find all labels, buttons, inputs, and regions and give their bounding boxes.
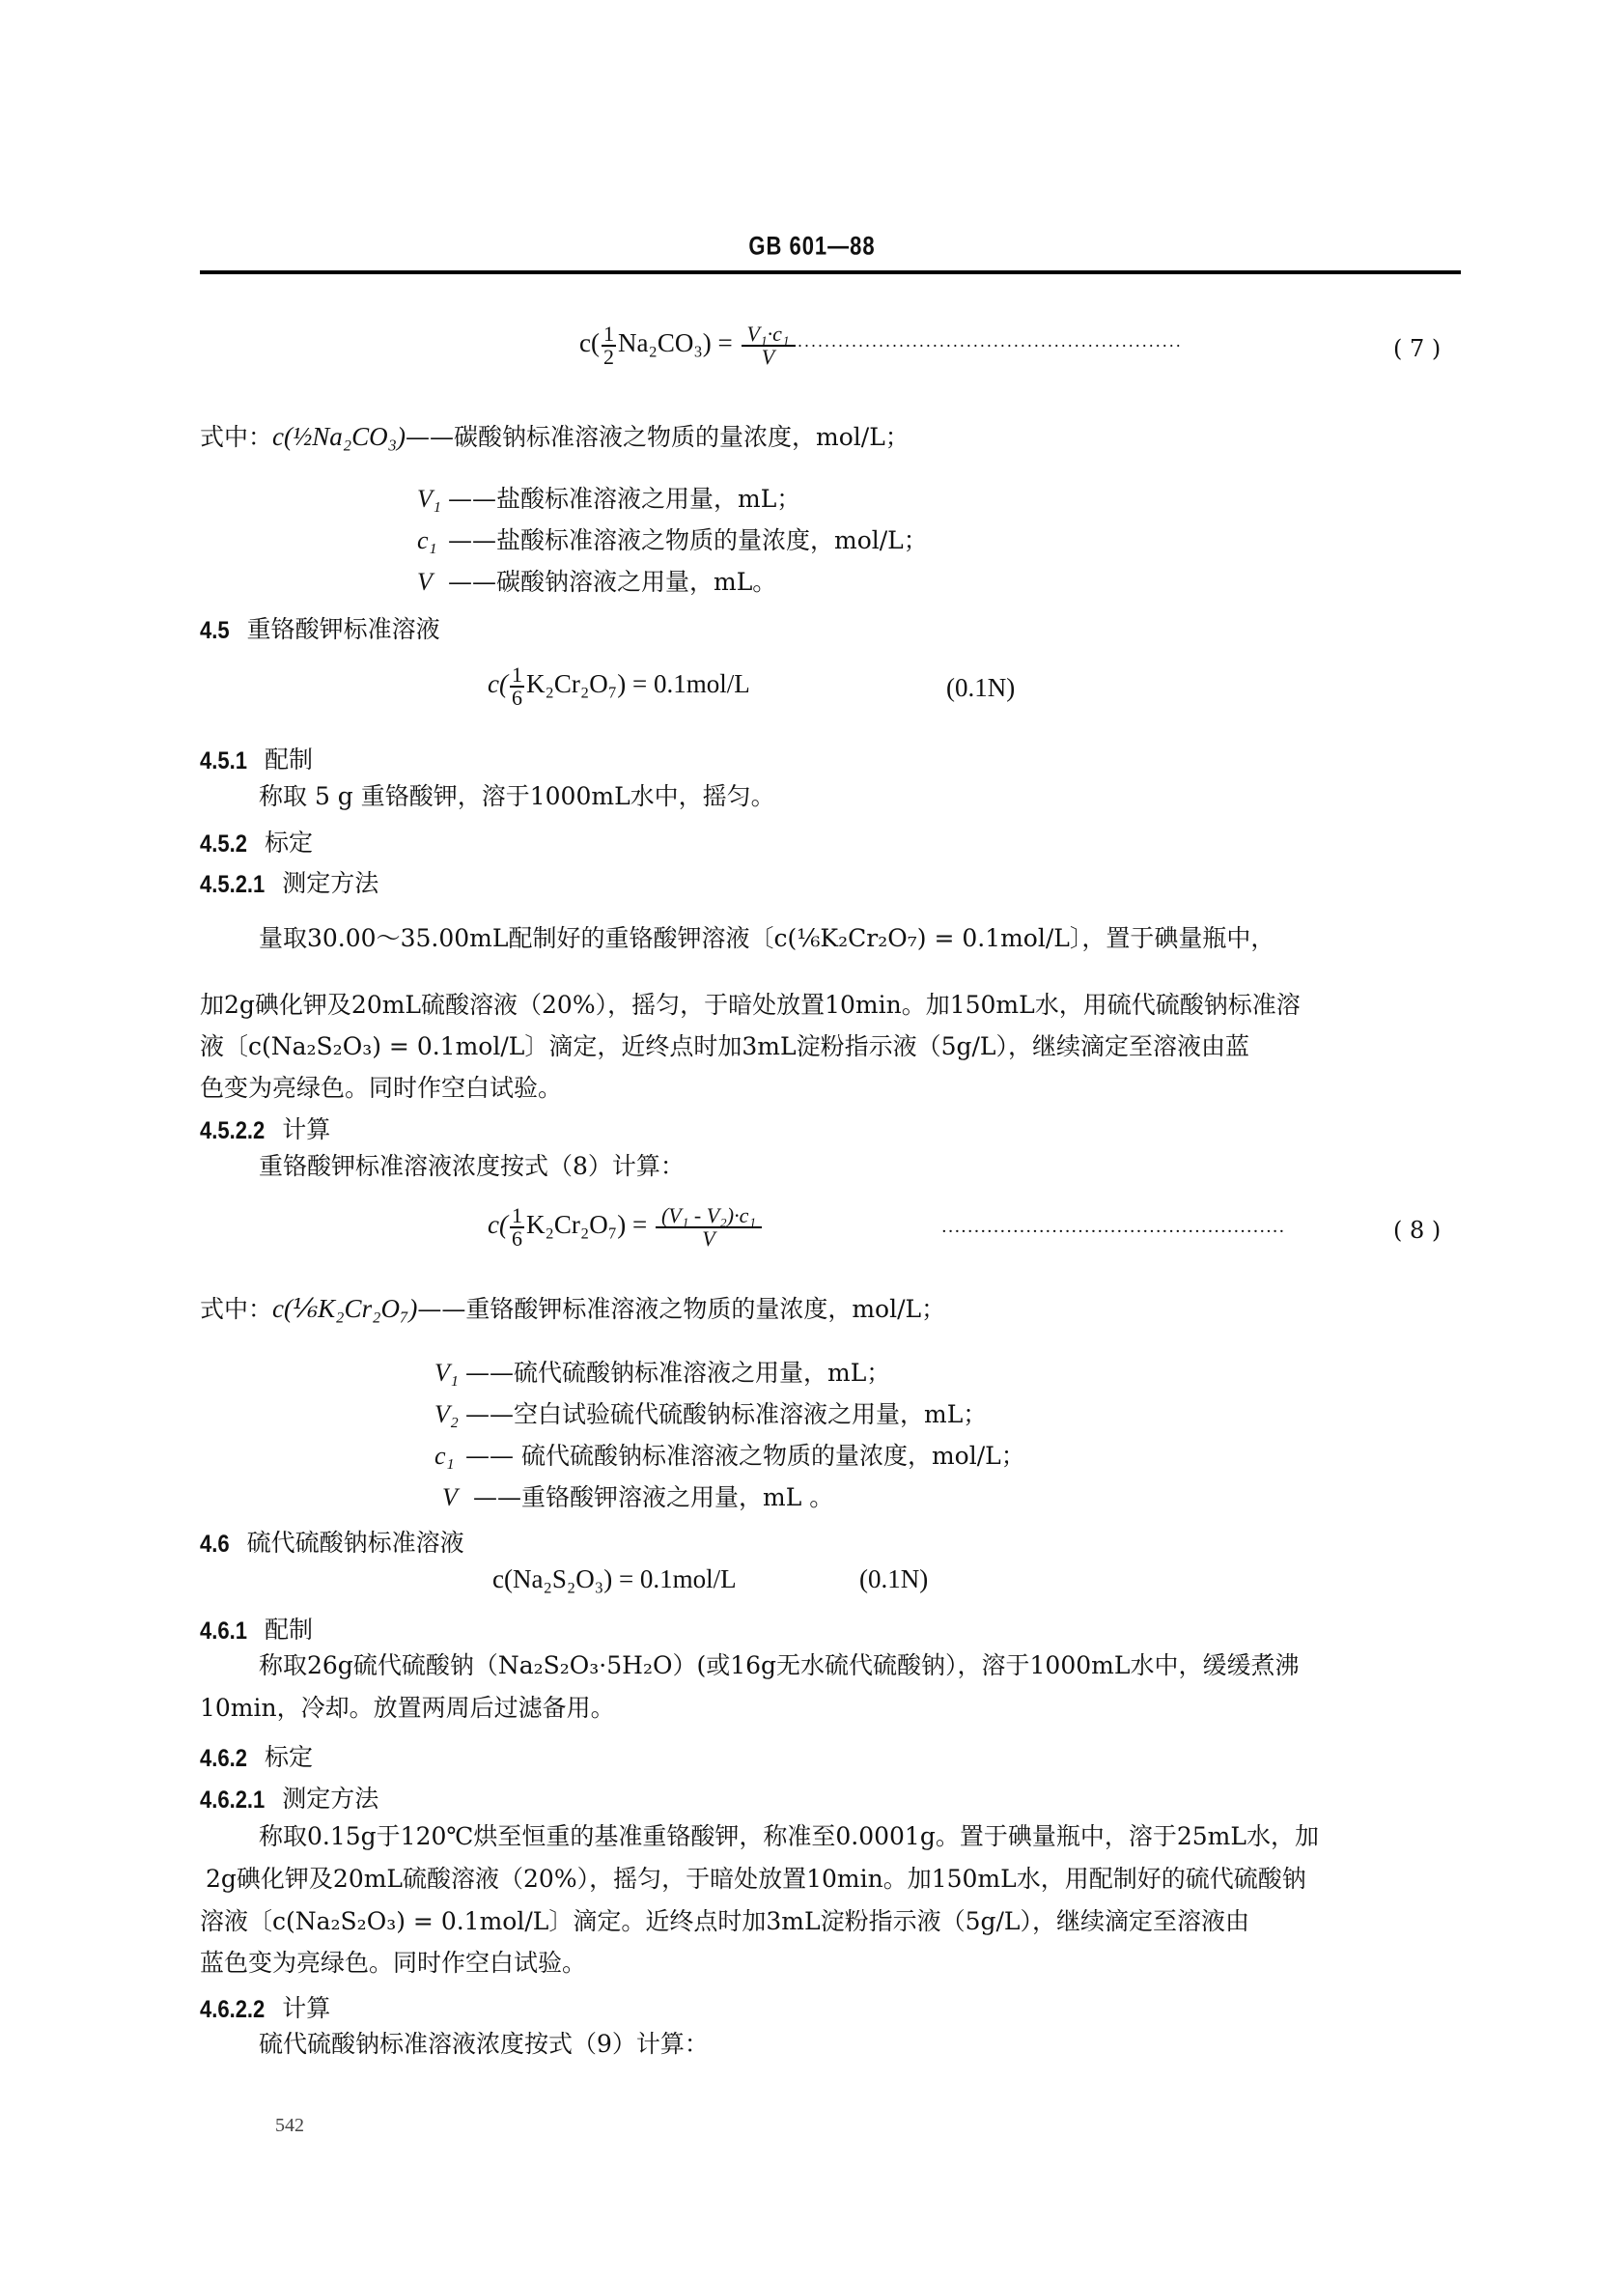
section-4-5-2-1-line-1: 量取30.00～35.00mL配制好的重铬酸钾溶液〔c(⅙K₂Cr₂O₇) = …	[259, 924, 1274, 953]
section-4-5-1-text: 称取 5 g 重铬酸钾，溶于1000mL水中，摇匀。	[259, 782, 775, 811]
section-4-5-formula: c(16K₂Cr₂O₇) = 0.1mol/L	[488, 664, 750, 709]
equation-8: c(16K₂Cr₂O₇) = (V₁ - V₂)·c₁V	[488, 1205, 764, 1250]
eq8-sixth-fraction: 16	[510, 1205, 524, 1250]
section-4-6-heading: 4.6硫代硫酸钠标准溶液	[200, 1524, 464, 1559]
section-4-5-2-2-intro: 重铬酸钾标准溶液浓度按式（8）计算：	[259, 1152, 685, 1181]
sixth-fraction: 16	[510, 664, 524, 709]
eq7-def-c1: c₁——盐酸标准溶液之物质的量浓度，mol/L；	[417, 526, 928, 555]
eq7-species: Na₂CO₃) =	[618, 328, 733, 357]
section-4-6-2-1-line-1: 称取0.15g于120℃烘至恒重的基准重铬酸钾，称准至0.0001g。置于碘量瓶…	[259, 1822, 1319, 1851]
section-4-5-2-1-line-2: 加2g碘化钾及20mL硫酸溶液（20%），摇匀，于暗处放置10min。加150m…	[200, 991, 1301, 1020]
section-4-5-2-1-line-3: 液〔c(Na₂S₂O₃) = 0.1mol/L〕滴定，近终点时加3mL淀粉指示液…	[200, 1032, 1249, 1061]
eq7-where-line: 式中：c(½Na₂CO₃)——碳酸钠标准溶液之物质的量浓度，mol/L；	[200, 422, 910, 452]
section-4-6-2-1-line-3: 溶液〔c(Na₂S₂O₃) = 0.1mol/L〕滴定。近终点时加3mL淀粉指示…	[200, 1907, 1249, 1936]
eq8-def-c1: c₁—— 硫代硫酸钠标准溶液之物质的量浓度，mol/L；	[434, 1442, 1025, 1471]
section-4-6-2-1-line-2: 2g碘化钾及20mL硫酸溶液（20%），摇匀，于暗处放置10min。加150mL…	[206, 1865, 1306, 1894]
eq7-where-lhs: c(½Na₂CO₃)	[272, 422, 406, 451]
eq8-def-v1: V₁——硫代硫酸钠标准溶液之用量，mL；	[434, 1359, 890, 1388]
section-4-5-2-2-heading: 4.5.2.2计算	[200, 1111, 330, 1145]
section-4-6-1-line-2: 10min，冷却。放置两周后过滤备用。	[200, 1694, 615, 1723]
section-4-6-normality: (0.1N)	[859, 1564, 928, 1594]
section-4-6-1-line-1: 称取26g硫代硫酸钠（Na₂S₂O₃·5H₂O）(或16g无水硫代硫酸钠），溶于…	[259, 1651, 1299, 1680]
eq7-def-v: V——碳酸钠溶液之用量，mL。	[417, 568, 776, 597]
section-4-6-2-2-heading: 4.6.2.2计算	[200, 1989, 330, 2024]
eq7-leader-dots: ········································…	[798, 336, 1183, 355]
eq7-def-v1: V₁——盐酸标准溶液之用量，mL；	[417, 485, 800, 514]
eq7-lhs-c: c(	[579, 328, 600, 357]
eq8-leader-dots: ········································…	[941, 1222, 1285, 1242]
equation-7-number: ( 7 )	[1393, 335, 1441, 362]
section-4-5-1-heading: 4.5.1配制	[200, 741, 313, 775]
eq7-half-fraction: 12	[602, 324, 616, 368]
section-4-5-heading: 4.5重铬酸钾标准溶液	[200, 610, 440, 645]
header-rule	[200, 270, 1461, 274]
eq8-where-lhs: c(⅙K₂Cr₂O₇)	[272, 1294, 417, 1323]
eq8-def-v2: V₂——空白试验硫代硫酸钠标准溶液之用量，mL；	[434, 1400, 987, 1429]
section-4-6-1-heading: 4.6.1配制	[200, 1611, 313, 1646]
section-4-6-formula: c(Na₂S₂O₃) = 0.1mol/L	[492, 1564, 737, 1594]
section-4-6-2-1-heading: 4.6.2.1测定方法	[200, 1780, 378, 1815]
section-4-5-normality: (0.1N)	[946, 673, 1015, 703]
equation-7: c(12Na₂CO₃) = V₁·c₁V····················…	[579, 324, 1182, 368]
eq8-def-v: V——重铬酸钾溶液之用量，mL 。	[442, 1483, 833, 1512]
section-4-6-2-1-line-4: 蓝色变为亮绿色。同时作空白试验。	[200, 1949, 586, 1978]
document-header-title: GB 601—88	[0, 231, 1624, 261]
eq7-rhs-fraction: V₁·c₁V	[742, 324, 796, 368]
section-4-6-2-2-intro: 硫代硫酸钠标准溶液浓度按式（9）计算：	[259, 2030, 709, 2059]
equation-8-number: ( 8 )	[1393, 1217, 1441, 1244]
eq8-rhs-fraction: (V₁ - V₂)·c₁V	[656, 1205, 762, 1250]
eq8-where-line: 式中：c(⅙K₂Cr₂O₇)——重铬酸钾标准溶液之物质的量浓度，mol/L；	[200, 1294, 945, 1324]
section-4-5-2-1-heading: 4.5.2.1测定方法	[200, 864, 378, 899]
page-number: 542	[275, 2115, 304, 2137]
section-4-5-2-1-line-4: 色变为亮绿色。同时作空白试验。	[200, 1074, 562, 1103]
section-4-6-2-heading: 4.6.2标定	[200, 1738, 313, 1773]
section-4-5-2-heading: 4.5.2标定	[200, 824, 313, 858]
